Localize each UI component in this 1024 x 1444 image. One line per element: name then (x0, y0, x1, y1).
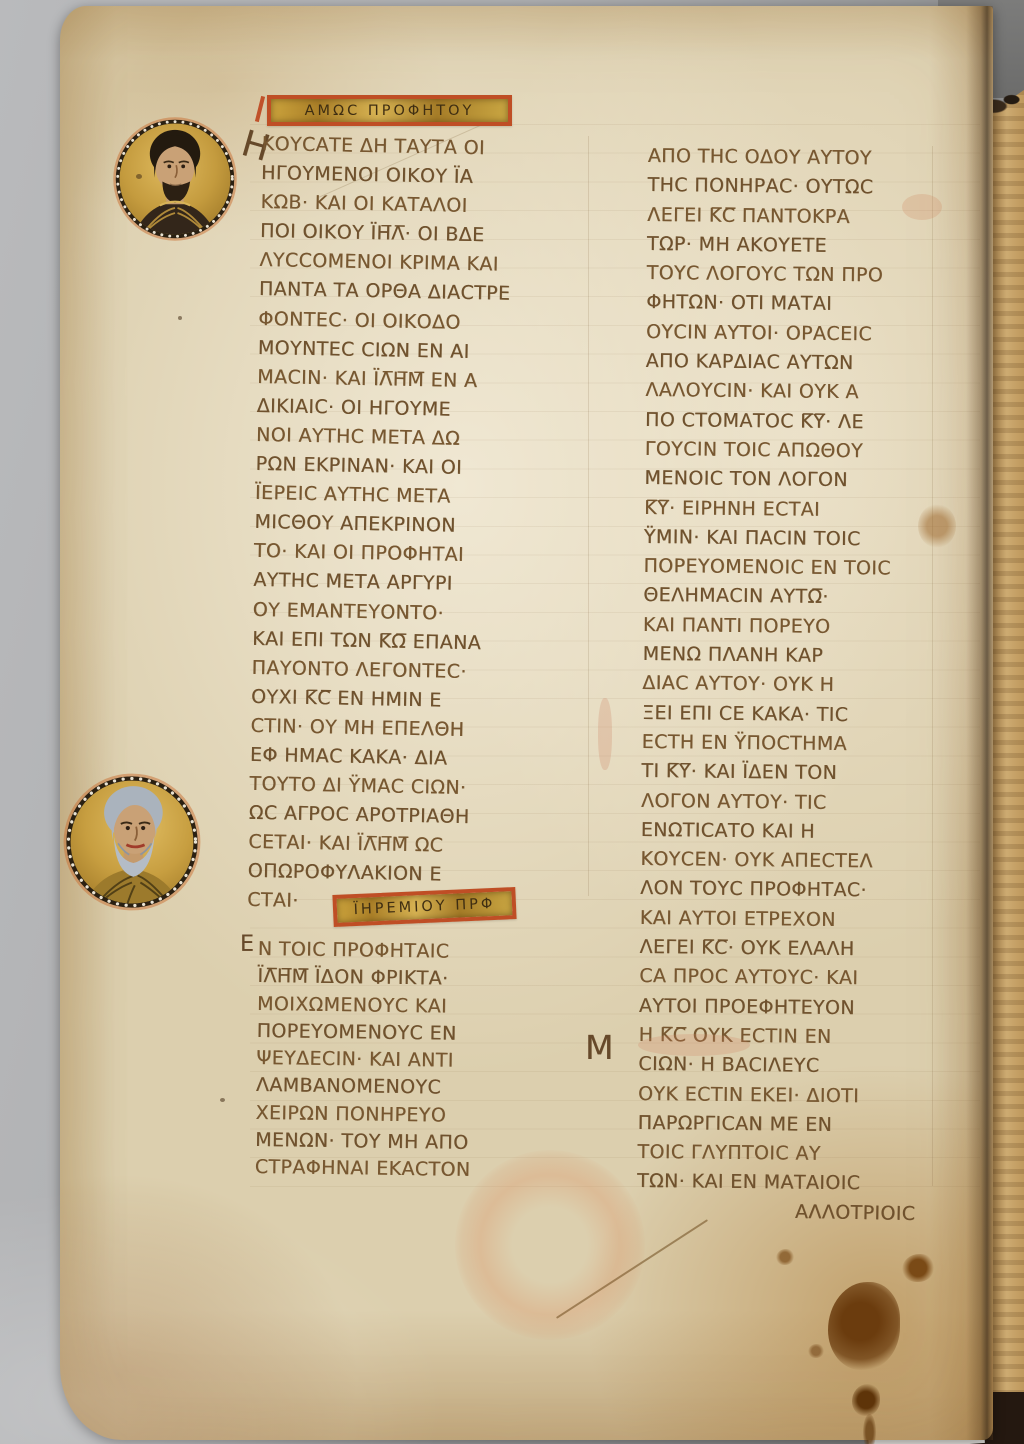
manuscript-text-line: ΜΕΝΟΙϹ ΤΟΝ ΛΟΓΟΝ (644, 464, 968, 497)
manuscript-text-line: ΟΥϹΙΝ ΑΥΤΟΙ· ΟΡΑϹΕΙϹ (646, 318, 970, 351)
ink-blot (852, 1384, 880, 1416)
manuscript-text-line: ΠΑΡΩΡΓΙϹΑΝ ΜΕ ΕΝ (638, 1109, 962, 1142)
manuscript-text-line: ΜΕΝΩ ΠΛΑΝΗ ΚΑΡ (642, 640, 966, 673)
manuscript-text-line: ΤΩΡ· ΜΗ ΑΚΟΥΕΤΕ (647, 230, 971, 263)
manuscript-text-line: ΚΟΥϹΕΝ· ΟΥΚ ΑΠΕϹΤΕΛ (640, 845, 964, 878)
manuscript-text-line: Κ̅Υ̅· ΕΙΡΗΝΗ ΕϹΤΑΙ (644, 494, 968, 527)
manuscript-text-line: Ν ΤΟΙϹ ΠΡΟΦΗΤΑΙϹ (258, 936, 592, 968)
manuscript-text-line: ΕΝΩΤΙϹΑΤΟ ΚΑΙ Η (641, 816, 965, 849)
photo-backdrop: ΑΜΩϹ ΠΡΟΦΗΤΟΥ ΪΗΡΕΜΙΟΥ ΠΡΦ Η Ε Μ ΚΟΥϹΑΤΕ… (0, 0, 1024, 1444)
header-band-amos-label: ΑΜΩϹ ΠΡΟΦΗΤΟΥ (305, 103, 475, 119)
manuscript-text-line: ΤΩΝ· ΚΑΙ ΕΝ ΜΑΤΑΙΟΙϹ (637, 1167, 961, 1200)
manuscript-text-line: Η Κ̅Ϲ̅ ΟΥΚ ΕϹΤΙΝ ΕΝ (638, 1021, 962, 1054)
manuscript-text-line: ΠΟΡΕΥΟΜΕΝΟΙϹ ΕΝ ΤΟΙϹ (643, 552, 967, 585)
column-right-tail-line: ΑΛΛΟΤΡΙΟΙϹ (795, 1201, 916, 1225)
manuscript-text-line: ΤΟΙϹ ΓΛΥΠΤΟΙϹ ΑΥ (637, 1138, 961, 1171)
manuscript-text-line: ΛΟΓΟΝ ΑΥΤΟΥ· ΤΙϹ (641, 786, 965, 819)
manuscript-text-line: ΑΠΟ ΤΗϹ ΟΔΟΥ ΑΥΤΟΥ (648, 142, 972, 175)
text-column-left-lower: Ν ΤΟΙϹ ΠΡΟΦΗΤΑΙϹΪΛ̅Η̅Μ̅ ΪΔΟΝ ΦΡΙΚΤΑ·ΜΟΙΧ… (255, 936, 592, 1186)
manuscript-text-line: ΟΥΚ ΕϹΤΙΝ ΕΚΕΙ· ΔΙΟΤΙ (638, 1079, 962, 1112)
manuscript-text-line: ΑΠΟ ΚΑΡΔΙΑϹ ΑΥΤΩΝ (646, 347, 970, 380)
manuscript-text-line: ϹΤΡΑΦΗΝΑΙ ΕΚΑϹΤΟΝ (255, 1154, 589, 1186)
manuscript-text-line: ΦΗΤΩΝ· ΟΤΙ ΜΑΤΑΙ (646, 288, 970, 321)
ink-drip (863, 1414, 876, 1444)
manuscript-text-line: ΛΕΓΕΙ Κ̅Ϲ̅ ΠΑΝΤΟΚΡΑ (647, 201, 971, 234)
header-band-amos: ΑΜΩϹ ΠΡΟΦΗΤΟΥ (267, 95, 512, 126)
margin-initial-epsilon: Ε (240, 932, 254, 957)
ink-blot (808, 1344, 824, 1358)
text-column-right: ΑΠΟ ΤΗϹ ΟΔΟΥ ΑΥΤΟΥΤΗϹ ΠΟΝΗΡΑϹ· ΟΥΤΩϹΛΕΓΕ… (637, 142, 972, 1200)
manuscript-text-line: ΕϹΤΗ ΕΝ ΫΠΟϹΤΗΜΑ (642, 728, 966, 761)
manuscript-text-line: ΫΜΙΝ· ΚΑΙ ΠΑϹΙΝ ΤΟΙϹ (644, 523, 968, 556)
manuscript-text-line: ΚΑΙ ΑΥΤΟΙ ΕΤΡΕΧΟΝ (640, 904, 964, 937)
rubric-tick-mark (255, 96, 265, 122)
manuscript-text-line: ΛΑΛΟΥϹΙΝ· ΚΑΙ ΟΥΚ Α (645, 376, 969, 409)
manuscript-text-line: ΚΑΙ ΠΑΝΤΙ ΠΟΡΕΥΟ (643, 611, 967, 644)
stray-pen-stroke (556, 1219, 708, 1319)
manuscript-text-line: ΤΙ Κ̅Υ̅· ΚΑΙ ΪΔΕΝ ΤΟΝ (641, 757, 965, 790)
manuscript-text-line: ΛΕΓΕΙ Κ̅Ϲ̅· ΟΥΚ ΕΛΑΛΗ (639, 933, 963, 966)
ink-blot (776, 1249, 794, 1265)
adjacent-leaf-edge (992, 90, 1024, 1444)
manuscript-text-line: ΘΕΛΗΜΑϹΙΝ ΑΥΤΩ̅· (643, 581, 967, 614)
manuscript-text-line: ΞΕΙ ΕΠΙ ϹΕ ΚΑΚΑ· ΤΙϹ (642, 699, 966, 732)
manuscript-text-line: ΠΟ ϹΤΟΜΑΤΟϹ Κ̅Υ̅· ΛΕ (645, 406, 969, 439)
manuscript-text-line: ϹΙΩΝ· Η ΒΑϹΙΛΕΥϹ (638, 1050, 962, 1083)
prophet-medallion-top (112, 112, 238, 246)
ink-blot-large (828, 1282, 900, 1370)
text-column-left-upper: ΚΟΥϹΑΤΕ ΔΗ ΤΑΥΤΑ ΟΙΗΓΟΥΜΕΝΟΙ ΟΙΚΟΥ ΪΑΚΩΒ… (247, 130, 592, 922)
manuscript-page: ΑΜΩϹ ΠΡΟΦΗΤΟΥ ΪΗΡΕΜΙΟΥ ΠΡΦ Η Ε Μ ΚΟΥϹΑΤΕ… (60, 6, 993, 1440)
manuscript-text-line: ΤΟΥϹ ΛΟΓΟΥϹ ΤΩΝ ΠΡΟ (646, 259, 970, 292)
manuscript-text-line: ΨΕΥΔΕϹΙΝ· ΚΑΙ ΑΝΤΙ (256, 1045, 590, 1077)
manuscript-text-line: ΜΟΙΧΩΜΕΝΟΥϹ ΚΑΙ (257, 991, 591, 1023)
manuscript-text-line: ΔΙΑϹ ΑΥΤΟΥ· ΟΥΚ Η (642, 669, 966, 702)
prophet-medallion-bottom (62, 768, 202, 916)
manuscript-text-line: ΧΕΙΡΩΝ ΠΟΝΗΡΕΥΟ (255, 1100, 589, 1132)
parchment-speck (178, 316, 182, 320)
ink-blot (902, 1254, 934, 1282)
manuscript-text-line: ΑΥΤΟΙ ΠΡΟΕΦΗΤΕΥΟΝ (639, 992, 963, 1025)
manuscript-text-line: ΤΗϹ ΠΟΝΗΡΑϹ· ΟΥΤΩϹ (647, 171, 971, 204)
manuscript-text-line: ϹΑ ΠΡΟϹ ΑΥΤΟΥϹ· ΚΑΙ (639, 962, 963, 995)
manuscript-text-line: ΛΟΝ ΤΟΥϹ ΠΡΟΦΗΤΑϹ· (640, 874, 964, 907)
manuscript-text-line: ΓΟΥϹΙΝ ΤΟΙϹ ΑΠΩΘΟΥ (645, 435, 969, 468)
parchment-speck (220, 1098, 225, 1102)
